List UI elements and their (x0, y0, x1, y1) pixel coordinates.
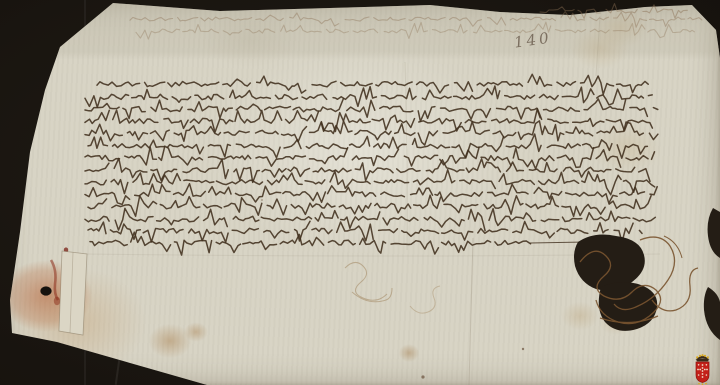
parchment-sheet (0, 0, 720, 385)
navarre-crest-logo (693, 351, 712, 385)
parchment-stains (0, 0, 720, 385)
manuscript-photo: 140 (0, 0, 720, 385)
